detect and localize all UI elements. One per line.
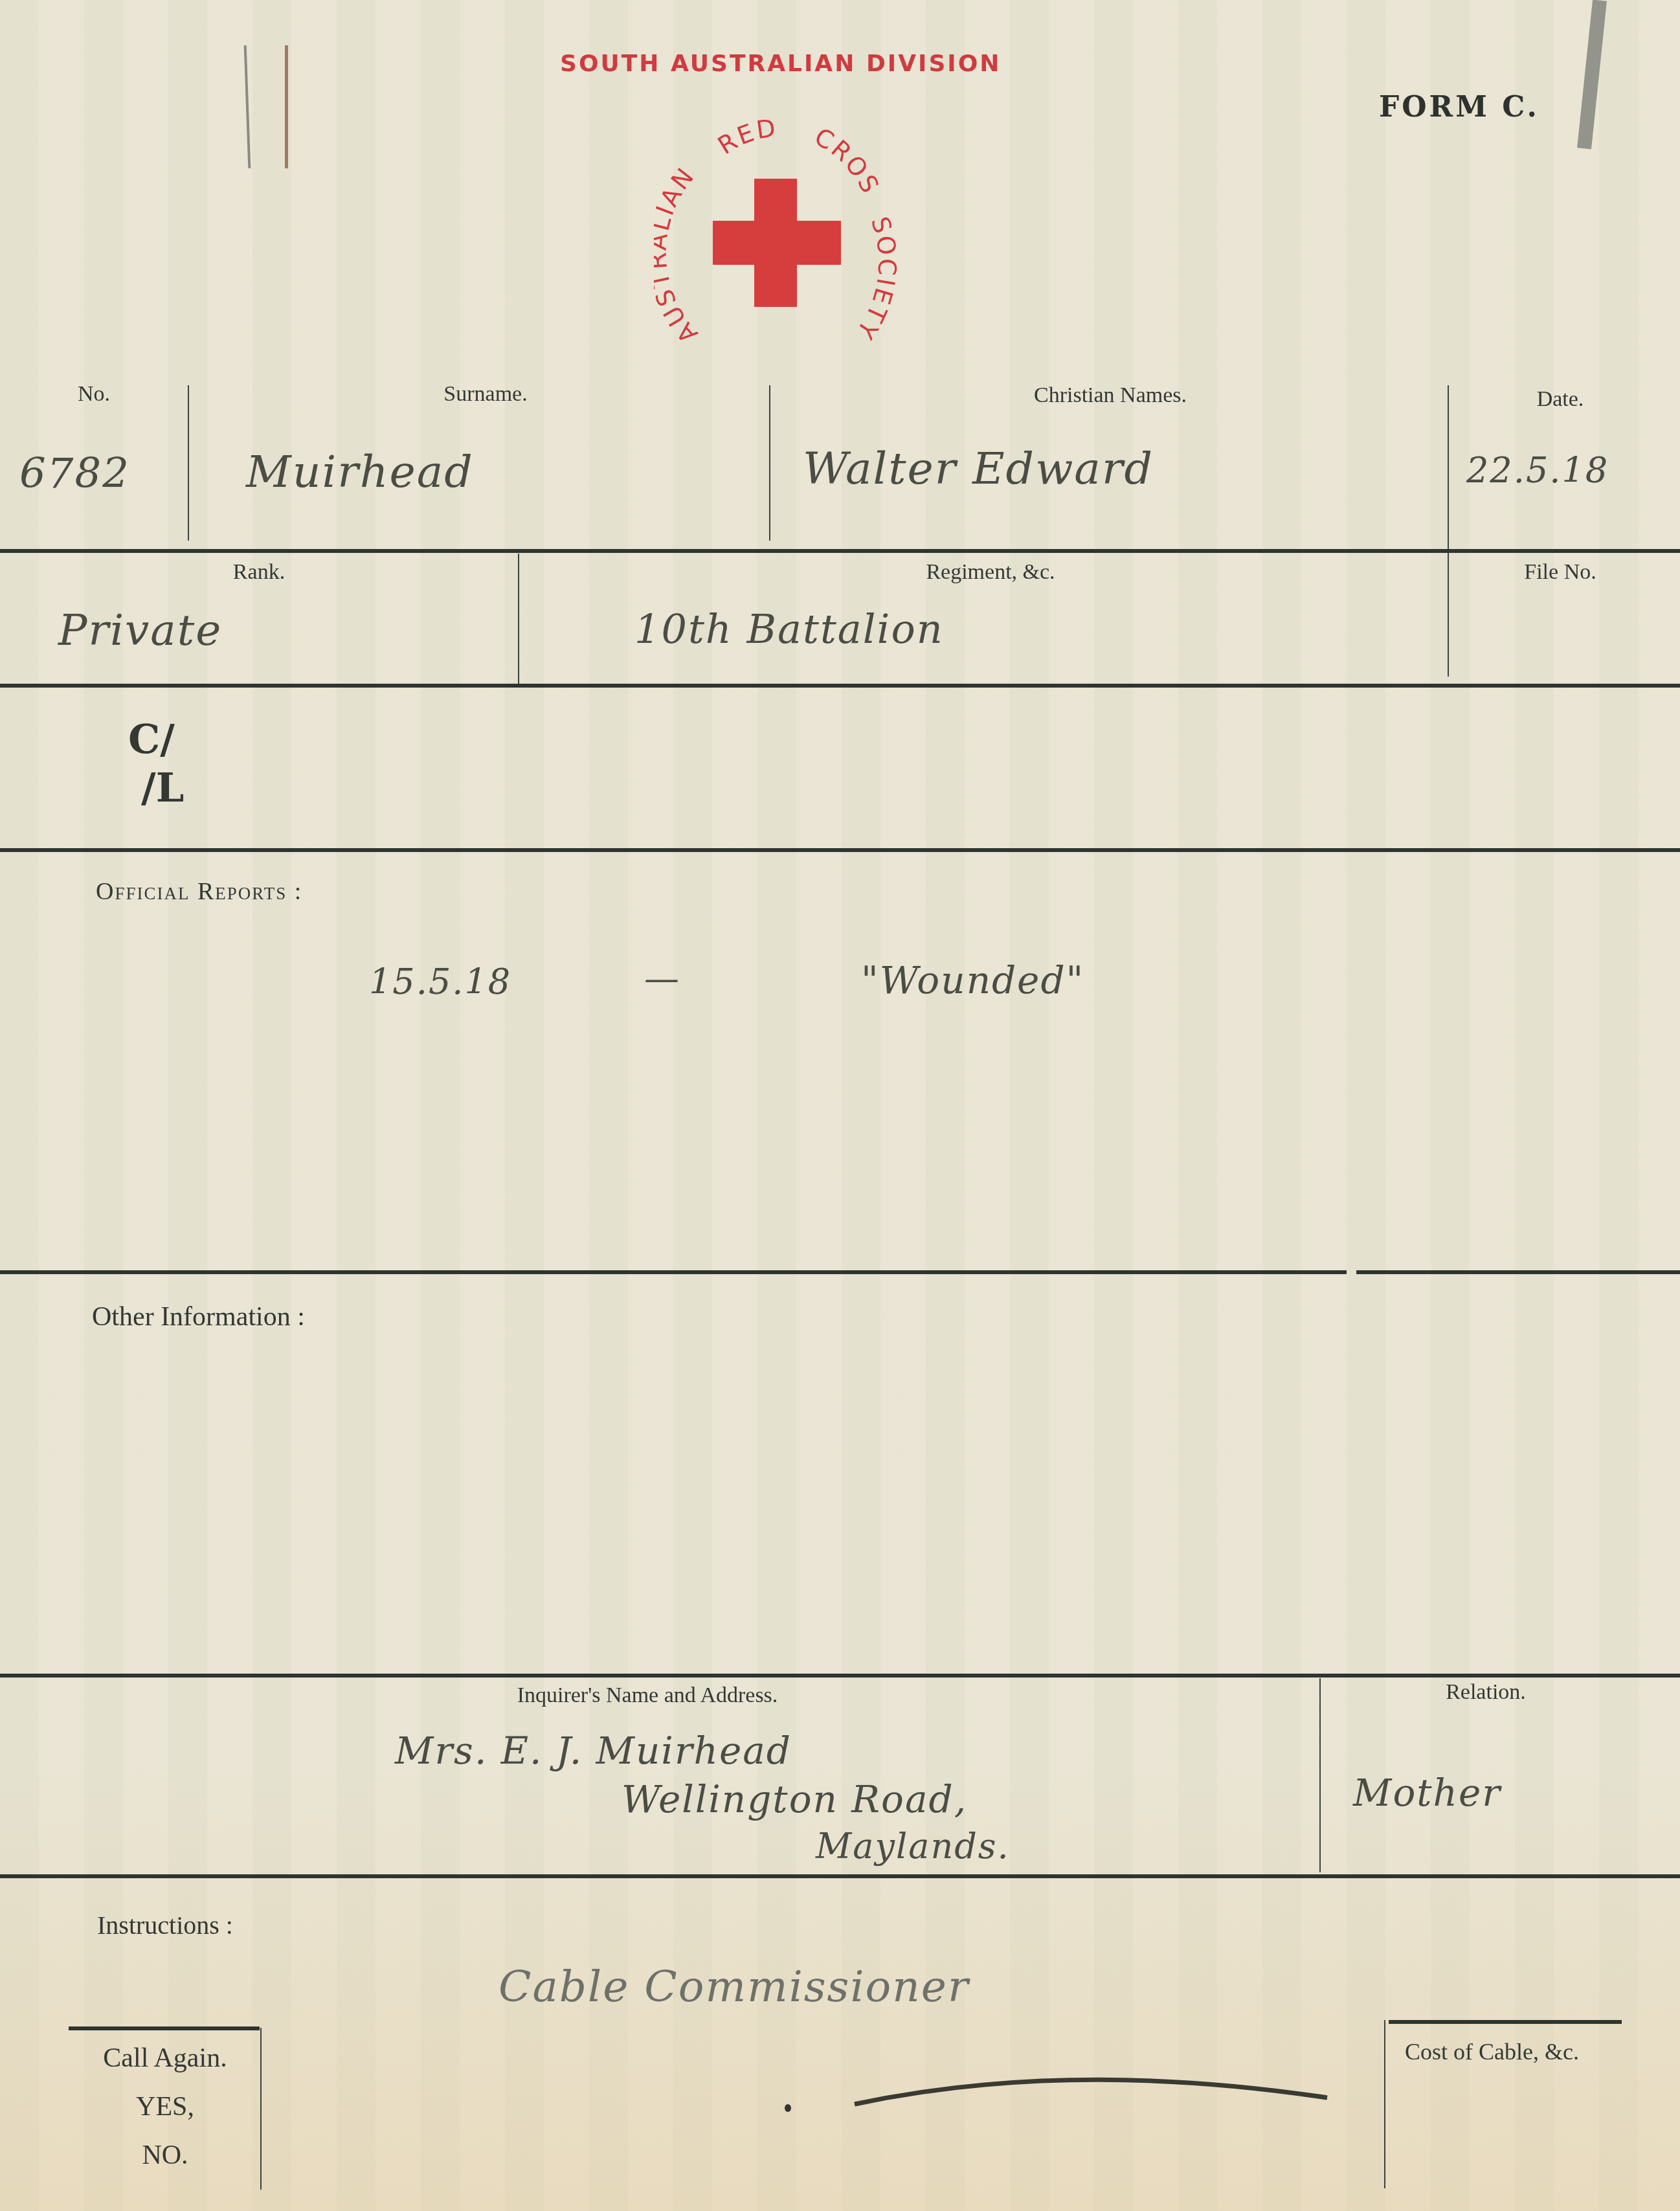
red-cross-icon xyxy=(713,221,841,265)
report-dash: — xyxy=(644,958,680,999)
row-divider xyxy=(0,1270,1347,1274)
call-again-label: Call Again. xyxy=(78,2043,252,2074)
rank-label: Rank. xyxy=(188,560,330,585)
divider xyxy=(188,385,189,541)
rank-value: Private xyxy=(58,605,222,655)
divider xyxy=(1319,1678,1321,1872)
box-top xyxy=(69,2026,260,2030)
ring-text-left: AUSTRALIAN xyxy=(654,161,703,348)
ink-stroke xyxy=(842,2065,1360,2117)
call-again-yes[interactable]: YES, xyxy=(78,2091,252,2122)
relation-value: Mother xyxy=(1353,1771,1501,1815)
christian-names-value: Walter Edward xyxy=(803,443,1154,495)
row-divider xyxy=(0,848,1680,852)
svg-text:AUSTRALIAN: AUSTRALIAN xyxy=(654,161,703,348)
file-no-label: File No. xyxy=(1492,560,1628,585)
no-value: 6782 xyxy=(19,450,130,498)
ring-text-top: RED xyxy=(713,113,779,160)
svg-text:SOCIETY: SOCIETY xyxy=(850,213,901,345)
divider xyxy=(518,554,519,686)
row-divider xyxy=(1356,1270,1680,1274)
divider xyxy=(1448,385,1449,677)
ink-dot xyxy=(785,2104,791,2112)
box-side xyxy=(260,2028,262,2190)
cl-mark-line1: C/ xyxy=(128,715,175,763)
inquirer-label: Inquirer's Name and Address. xyxy=(466,1683,829,1708)
other-information-label: Other Information : xyxy=(92,1301,305,1332)
official-reports-label: Official Reports : xyxy=(96,877,302,906)
christian-names-label: Christian Names. xyxy=(939,383,1282,408)
report-date: 15.5.18 xyxy=(369,961,511,1002)
regiment-value: 10th Battalion xyxy=(634,605,944,653)
call-again-no[interactable]: NO. xyxy=(78,2140,252,2171)
cost-of-cable-label: Cost of Cable, &c. xyxy=(1405,2038,1579,2065)
surname-value: Muirhead xyxy=(246,447,474,498)
no-label: No. xyxy=(39,382,149,407)
regiment-label: Regiment, &c. xyxy=(874,560,1107,585)
pencil-mark xyxy=(1577,0,1607,150)
report-text: "Wounded" xyxy=(861,958,1084,1002)
cl-mark-line2: /L xyxy=(141,764,184,811)
box-side xyxy=(1384,2020,1385,2188)
ring-text-bottom: SOCIETY xyxy=(850,213,901,345)
instructions-label: Instructions : xyxy=(97,1910,233,1940)
box-top xyxy=(1389,2020,1622,2024)
date-label: Date. xyxy=(1495,387,1625,412)
row-divider xyxy=(0,1674,1680,1678)
inquirer-line-3: Maylands. xyxy=(816,1826,1010,1867)
form-label: FORM C. xyxy=(1379,91,1540,124)
row-divider xyxy=(0,1874,1680,1878)
inquirer-line-1: Mrs. E. J. Muirhead xyxy=(395,1729,792,1773)
divider xyxy=(769,385,770,541)
pencil-mark xyxy=(244,45,251,168)
pencil-mark xyxy=(285,45,288,168)
surname-label: Surname. xyxy=(356,382,615,407)
inquirer-line-2: Wellington Road, xyxy=(622,1777,967,1821)
division-title: SOUTH AUSTRALIAN DIVISION xyxy=(560,51,1001,77)
row-divider xyxy=(0,684,1680,688)
relation-label: Relation. xyxy=(1392,1680,1580,1705)
date-value: 22.5.18 xyxy=(1466,450,1609,491)
svg-text:RED: RED xyxy=(713,113,779,160)
instructions-value: Cable Commissioner xyxy=(498,1962,969,2012)
row-divider xyxy=(0,549,1680,553)
